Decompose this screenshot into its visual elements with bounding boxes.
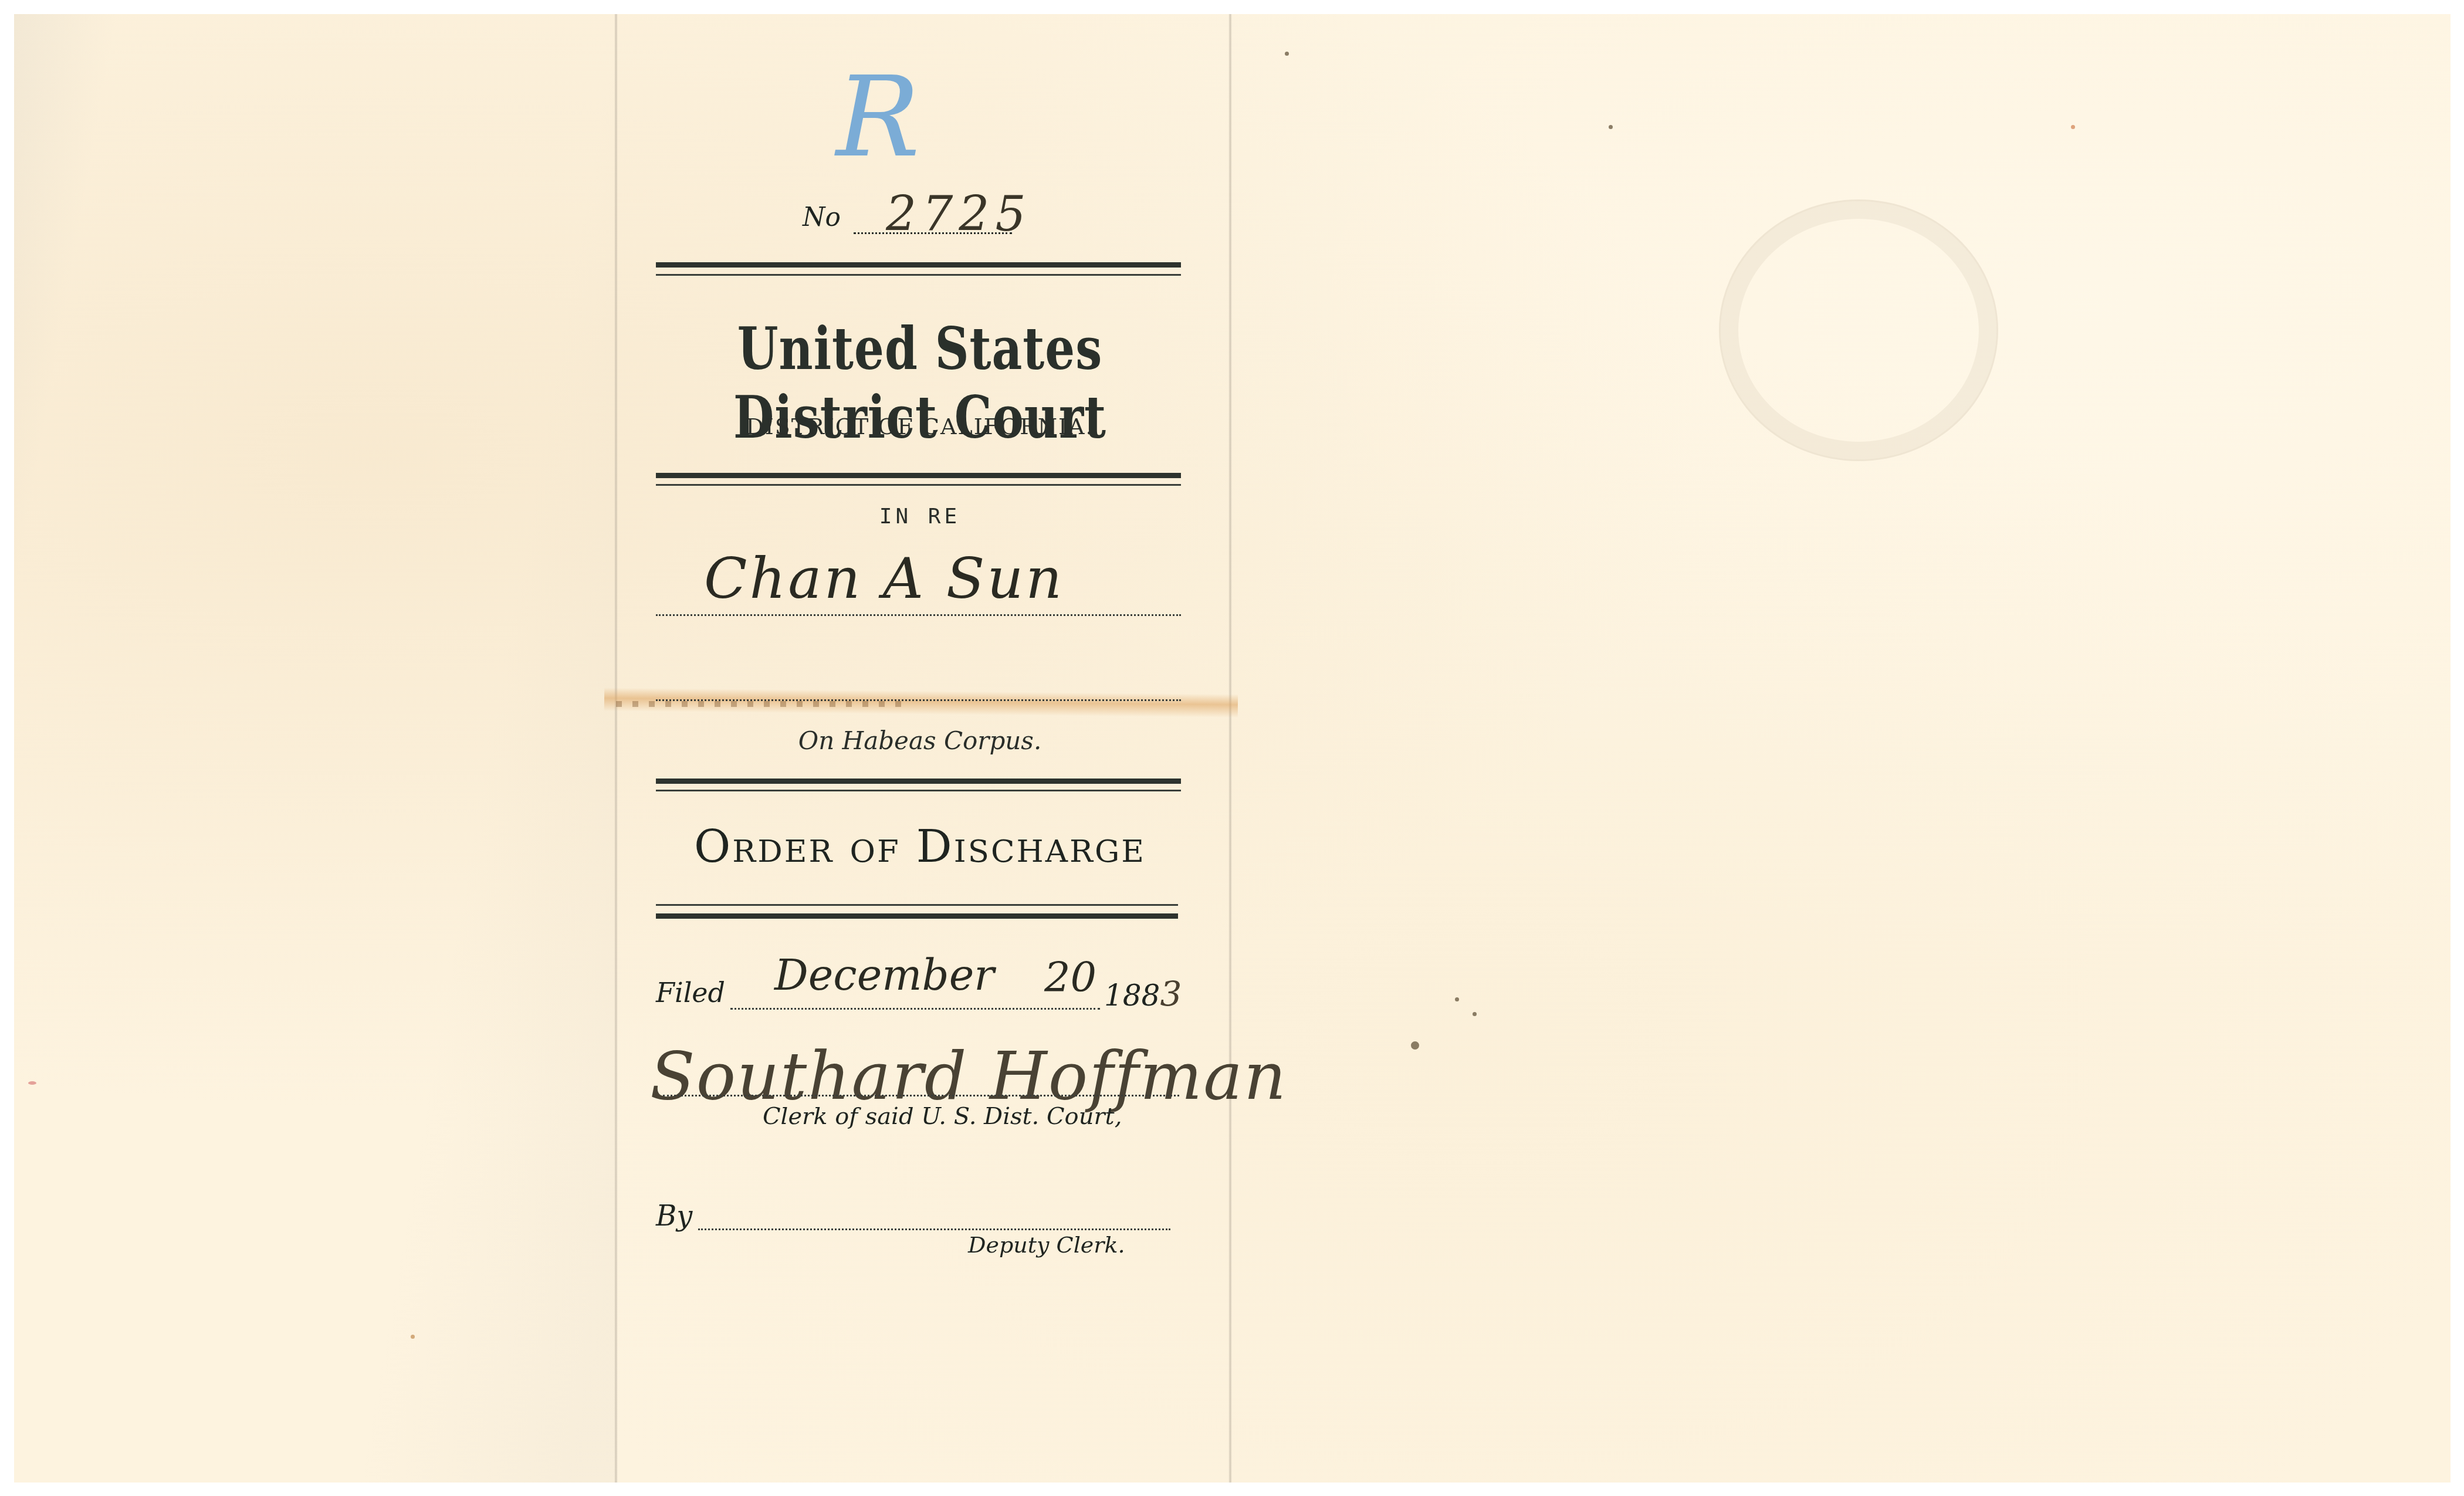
signature-line <box>663 1095 1179 1096</box>
by-label: By <box>656 1200 692 1233</box>
paper-speck <box>1285 52 1289 56</box>
proceeding-label: On Habeas Corpus. <box>656 726 1184 755</box>
stain-specks <box>616 701 909 707</box>
filed-year-printed: 188 <box>1104 979 1160 1013</box>
in-re-label: IN RE <box>656 505 1184 529</box>
filed-year-handwritten: 3 <box>1160 974 1182 1014</box>
filed-month: December <box>774 950 994 1000</box>
fold-line-right <box>1228 14 1232 1483</box>
filed-label: Filed <box>656 977 725 1008</box>
paper-speck <box>2071 125 2075 129</box>
paper-speck <box>411 1335 415 1339</box>
filed-line <box>730 1008 1100 1010</box>
blank-line <box>656 699 1181 701</box>
filed-day: 20 <box>1044 953 1096 1001</box>
case-number-label: No <box>803 202 841 232</box>
rule-thin <box>656 484 1181 486</box>
document-title: Order of Discharge <box>656 820 1184 872</box>
paper-speck <box>1411 1041 1419 1050</box>
rule-thick <box>656 779 1181 784</box>
case-number-value: 2725 <box>886 187 1032 242</box>
document-page <box>14 14 2451 1483</box>
paper-speck <box>28 1081 36 1085</box>
left-panel-shading <box>14 14 616 1483</box>
embossed-seal <box>1719 199 1998 461</box>
blue-pencil-annotation: R <box>836 62 920 173</box>
clerk-caption: Clerk of said U. S. Dist. Court, <box>763 1103 1122 1130</box>
rule-thin <box>656 790 1181 791</box>
rule-thick <box>656 913 1178 919</box>
rule-thin <box>656 904 1178 906</box>
paper-speck <box>1609 125 1613 129</box>
deputy-caption: Deputy Clerk. <box>968 1232 1125 1258</box>
rule-thin <box>656 274 1181 276</box>
fold-line-left <box>614 14 618 1483</box>
court-district: DISTRICT OF CALIFORNIA. <box>656 414 1184 439</box>
paper-speck <box>1473 1012 1477 1016</box>
deputy-line <box>698 1228 1170 1230</box>
name-line <box>656 614 1181 616</box>
rule-thick <box>656 262 1181 268</box>
filed-year: 1883 <box>1104 974 1182 1014</box>
petitioner-name: Chan A Sun <box>704 546 1064 611</box>
rule-thick <box>656 473 1181 478</box>
paper-speck <box>1455 997 1459 1001</box>
